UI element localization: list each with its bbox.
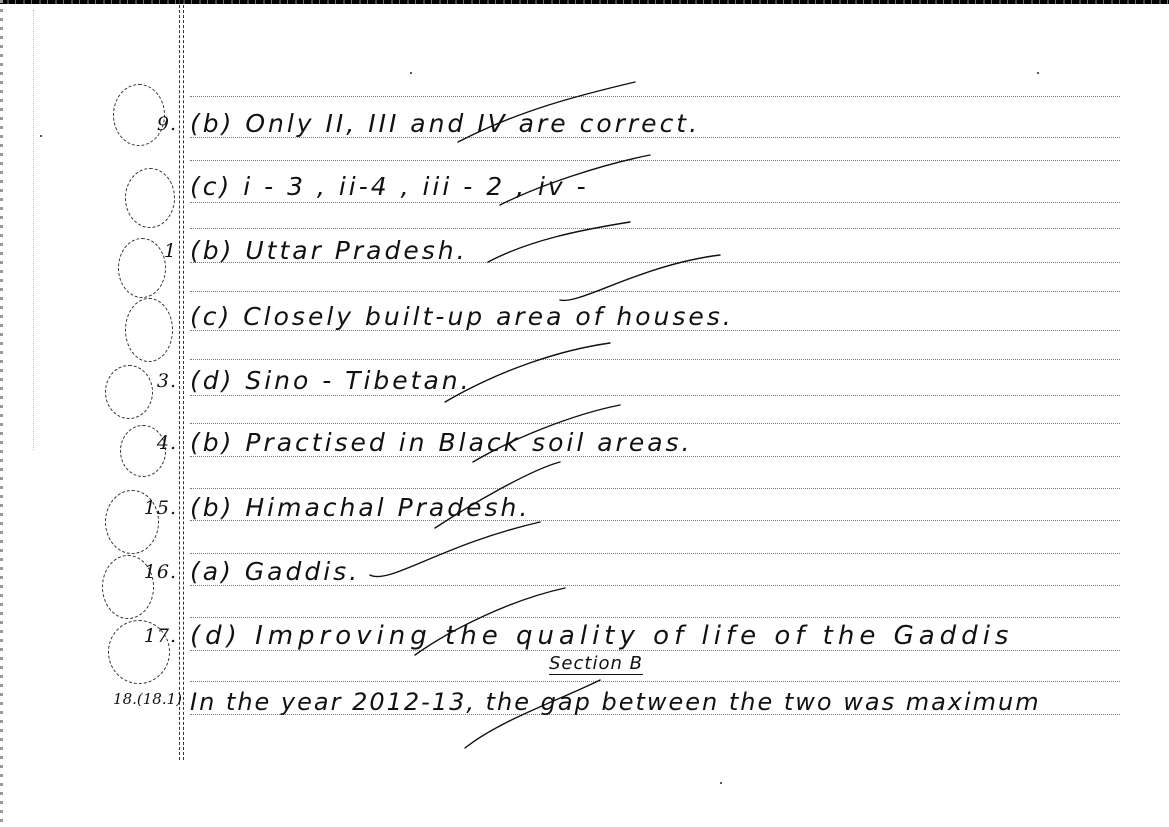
answer-text: In the year 2012-13, the gap between the… — [190, 688, 1041, 716]
question-number: 1 — [105, 240, 177, 262]
answer-row: 4. (b) Practised in Black soil areas. — [0, 424, 1169, 464]
answer-row: 16. (a) Gaddis. — [0, 553, 1169, 593]
question-number: 9. — [105, 113, 177, 135]
answer-option: (a) — [190, 557, 234, 586]
answer-text: (b) Uttar Pradesh. — [190, 236, 468, 265]
scan-top-edge — [0, 0, 1169, 4]
answer-text: (c) Closely built-up area of houses. — [190, 302, 734, 331]
answer-text: (a) Gaddis. — [190, 557, 360, 586]
ruled-line — [190, 291, 1120, 292]
answer-row: (c) i - 3 , ii-4 , iii - 2 , iv - — [0, 168, 1169, 208]
answer-option: (c) — [190, 302, 232, 331]
answer-option: (d) — [190, 366, 234, 395]
ruled-line — [190, 228, 1120, 229]
answer-row: 1 (b) Uttar Pradesh. — [0, 232, 1169, 272]
answer-body: Himachal Pradesh. — [245, 493, 530, 522]
answer-body: Improving the quality of life of the Gad… — [255, 621, 1013, 651]
answer-text: (d) Improving the quality of life of the… — [190, 621, 1013, 651]
answer-body: Only II, III and IV are correct. — [245, 109, 700, 138]
answer-option: (d) — [190, 621, 242, 651]
scan-speckle — [410, 72, 412, 74]
section-heading: Section B — [549, 653, 643, 674]
answer-body: Gaddis. — [245, 557, 360, 586]
question-number: 4. — [105, 432, 177, 454]
ruled-line — [190, 359, 1120, 360]
answer-body: Sino - Tibetan. — [245, 366, 471, 395]
answer-option: (b) — [190, 493, 234, 522]
answer-row: 15. (b) Himachal Pradesh. — [0, 489, 1169, 529]
answer-body: Practised in Black soil areas. — [245, 428, 692, 457]
question-number: 3. — [105, 370, 177, 392]
answer-option: (b) — [190, 236, 234, 265]
answer-text: (c) i - 3 , ii-4 , iii - 2 , iv - — [190, 172, 589, 201]
answer-text: (b) Only II, III and IV are correct. — [190, 109, 700, 138]
ruled-line — [190, 160, 1120, 161]
question-number: 16. — [105, 561, 177, 583]
answer-body: i - 3 , ii-4 , iii - 2 , iv - — [243, 172, 588, 201]
answer-body: Uttar Pradesh. — [245, 236, 467, 265]
scan-speckle — [720, 782, 722, 784]
question-number: 15. — [105, 497, 177, 519]
answer-option: (b) — [190, 428, 234, 457]
scan-speckle — [1037, 72, 1039, 74]
ruled-line — [190, 681, 1120, 682]
scan-speckle — [40, 135, 42, 137]
answer-option: (c) — [190, 172, 232, 201]
answer-text: (d) Sino - Tibetan. — [190, 366, 472, 395]
question-number: 17. — [105, 625, 177, 647]
answer-row: 17. (d) Improving the quality of life of… — [0, 617, 1169, 657]
answer-row: (c) Closely built-up area of houses. — [0, 298, 1169, 338]
answer-text: (b) Practised in Black soil areas. — [190, 428, 693, 457]
answer-option: (b) — [190, 109, 234, 138]
answer-row: 18.(18.1) In the year 2012-13, the gap b… — [0, 684, 1169, 724]
answer-body: Closely built-up area of houses. — [243, 302, 734, 331]
answer-text: (b) Himachal Pradesh. — [190, 493, 530, 522]
ruled-line — [190, 96, 1120, 97]
question-number: 18.(18.1) — [100, 690, 182, 708]
answer-row: 3. (d) Sino - Tibetan. — [0, 362, 1169, 402]
answer-row: 9. (b) Only II, III and IV are correct. — [0, 105, 1169, 145]
